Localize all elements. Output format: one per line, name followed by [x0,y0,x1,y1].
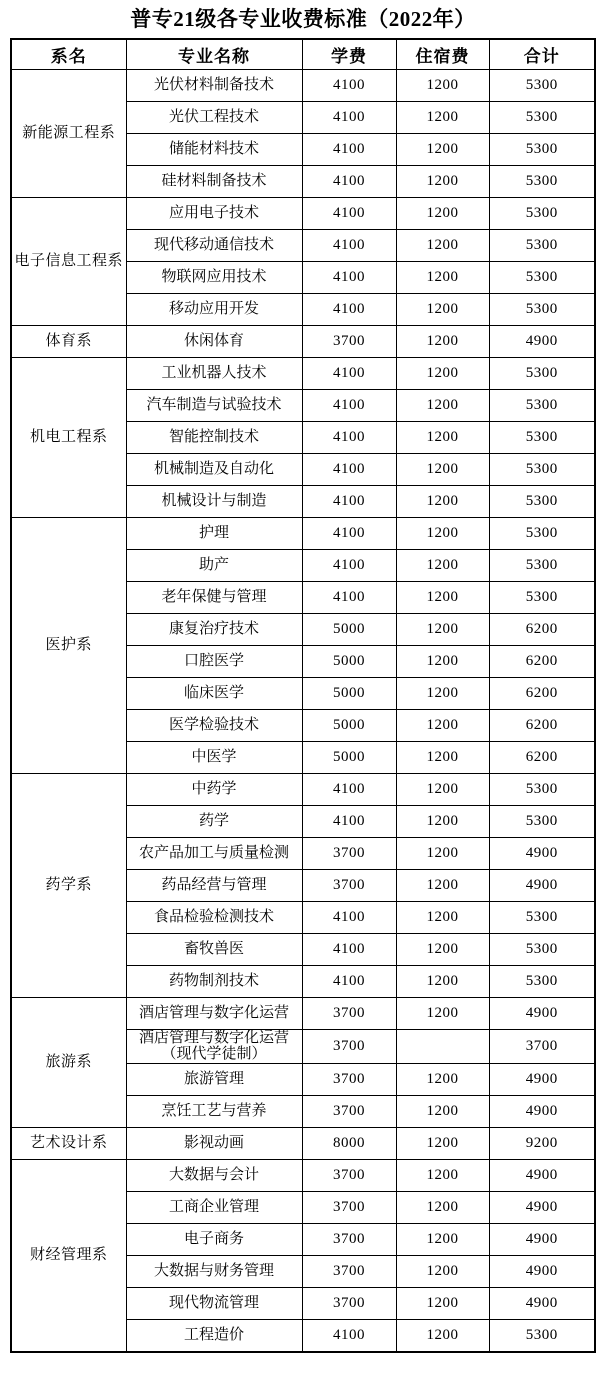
accommodation-cell: 1200 [396,965,489,997]
tuition-cell: 4100 [302,933,396,965]
accommodation-cell: 1200 [396,1224,489,1256]
accommodation-cell: 1200 [396,69,489,101]
tuition-cell: 3700 [302,1160,396,1192]
tuition-cell: 4100 [302,965,396,997]
accommodation-cell: 1200 [396,1320,489,1352]
major-cell: 畜牧兽医 [126,933,302,965]
total-cell: 4900 [489,1192,595,1224]
accommodation-cell: 1200 [396,933,489,965]
major-cell: 工程造价 [126,1320,302,1352]
accommodation-cell [396,1029,489,1064]
total-cell: 4900 [489,837,595,869]
major-cell: 光伏工程技术 [126,101,302,133]
major-cell: 现代移动通信技术 [126,229,302,261]
tuition-cell: 3700 [302,837,396,869]
major-cell: 药学 [126,805,302,837]
header-total: 合计 [489,39,595,69]
total-cell: 5300 [489,773,595,805]
major-cell: 大数据与财务管理 [126,1256,302,1288]
total-cell: 6200 [489,645,595,677]
accommodation-cell: 1200 [396,165,489,197]
major-cell: 康复治疗技术 [126,613,302,645]
tuition-cell: 5000 [302,613,396,645]
total-cell: 4900 [489,1288,595,1320]
total-cell: 5300 [489,101,595,133]
fee-table-body: 新能源工程系光伏材料制备技术410012005300光伏工程技术41001200… [11,69,595,1352]
tuition-cell: 4100 [302,357,396,389]
major-cell: 移动应用开发 [126,293,302,325]
table-row: 艺术设计系影视动画800012009200 [11,1128,595,1160]
accommodation-cell: 1200 [396,101,489,133]
tuition-cell: 4100 [302,261,396,293]
tuition-cell: 4100 [302,229,396,261]
total-cell: 6200 [489,613,595,645]
accommodation-cell: 1200 [396,325,489,357]
major-cell: 中医学 [126,741,302,773]
total-cell: 4900 [489,1096,595,1128]
accommodation-cell: 1200 [396,1096,489,1128]
major-cell: 智能控制技术 [126,421,302,453]
department-cell: 新能源工程系 [11,69,126,197]
tuition-cell: 3700 [302,1192,396,1224]
department-cell: 体育系 [11,325,126,357]
major-cell: 护理 [126,517,302,549]
major-cell: 现代物流管理 [126,1288,302,1320]
accommodation-cell: 1200 [396,1064,489,1096]
fee-table-header: 系名 专业名称 学费 住宿费 合计 [11,39,595,69]
tuition-cell: 4100 [302,901,396,933]
department-cell: 艺术设计系 [11,1128,126,1160]
accommodation-cell: 1200 [396,1256,489,1288]
accommodation-cell: 1200 [396,1192,489,1224]
total-cell: 9200 [489,1128,595,1160]
total-cell: 5300 [489,357,595,389]
header-row: 系名 专业名称 学费 住宿费 合计 [11,39,595,69]
tuition-cell: 4100 [302,197,396,229]
tuition-cell: 4100 [302,517,396,549]
major-cell: 机械设计与制造 [126,485,302,517]
tuition-cell: 4100 [302,581,396,613]
accommodation-cell: 1200 [396,613,489,645]
total-cell: 5300 [489,421,595,453]
total-cell: 5300 [489,901,595,933]
tuition-cell: 4100 [302,453,396,485]
major-cell: 酒店管理与数字化运营（现代学徒制） [126,1029,302,1064]
total-cell: 3700 [489,1029,595,1064]
accommodation-cell: 1200 [396,485,489,517]
tuition-cell: 4100 [302,805,396,837]
accommodation-cell: 1200 [396,261,489,293]
department-cell: 医护系 [11,517,126,773]
total-cell: 5300 [489,965,595,997]
page: 普专21级各专业收费标准（2022年） 系名 专业名称 学费 住宿费 合计 新能… [0,0,606,1396]
tuition-cell: 4100 [302,165,396,197]
total-cell: 4900 [489,325,595,357]
tuition-cell: 3700 [302,1224,396,1256]
tuition-cell: 3700 [302,1096,396,1128]
accommodation-cell: 1200 [396,645,489,677]
major-cell: 食品检验检测技术 [126,901,302,933]
major-cell: 应用电子技术 [126,197,302,229]
table-row: 体育系休闲体育370012004900 [11,325,595,357]
table-row: 财经管理系大数据与会计370012004900 [11,1160,595,1192]
accommodation-cell: 1200 [396,197,489,229]
accommodation-cell: 1200 [396,357,489,389]
accommodation-cell: 1200 [396,805,489,837]
tuition-cell: 4100 [302,133,396,165]
total-cell: 5300 [489,933,595,965]
total-cell: 4900 [489,869,595,901]
total-cell: 5300 [489,197,595,229]
accommodation-cell: 1200 [396,453,489,485]
total-cell: 4900 [489,1160,595,1192]
tuition-cell: 4100 [302,773,396,805]
header-department: 系名 [11,39,126,69]
accommodation-cell: 1200 [396,581,489,613]
table-row: 医护系护理410012005300 [11,517,595,549]
major-cell: 中药学 [126,773,302,805]
total-cell: 6200 [489,677,595,709]
accommodation-cell: 1200 [396,709,489,741]
tuition-cell: 3700 [302,1288,396,1320]
tuition-cell: 5000 [302,741,396,773]
total-cell: 5300 [489,261,595,293]
total-cell: 5300 [489,165,595,197]
tuition-cell: 3700 [302,1064,396,1096]
accommodation-cell: 1200 [396,229,489,261]
major-cell: 汽车制造与试验技术 [126,389,302,421]
major-cell: 旅游管理 [126,1064,302,1096]
tuition-cell: 5000 [302,709,396,741]
total-cell: 5300 [489,1320,595,1352]
tuition-cell: 3700 [302,869,396,901]
accommodation-cell: 1200 [396,549,489,581]
accommodation-cell: 1200 [396,389,489,421]
tuition-cell: 5000 [302,645,396,677]
header-tuition: 学费 [302,39,396,69]
accommodation-cell: 1200 [396,677,489,709]
major-cell: 临床医学 [126,677,302,709]
accommodation-cell: 1200 [396,773,489,805]
total-cell: 4900 [489,1064,595,1096]
page-title: 普专21级各专业收费标准（2022年） [0,8,606,31]
tuition-cell: 4100 [302,389,396,421]
total-cell: 4900 [489,1256,595,1288]
total-cell: 4900 [489,997,595,1029]
accommodation-cell: 1200 [396,837,489,869]
header-accommodation: 住宿费 [396,39,489,69]
accommodation-cell: 1200 [396,421,489,453]
tuition-cell: 4100 [302,421,396,453]
total-cell: 5300 [489,581,595,613]
header-major: 专业名称 [126,39,302,69]
accommodation-cell: 1200 [396,293,489,325]
total-cell: 5300 [489,549,595,581]
tuition-cell: 3700 [302,1029,396,1064]
major-cell: 电子商务 [126,1224,302,1256]
tuition-cell: 4100 [302,485,396,517]
total-cell: 5300 [489,485,595,517]
major-cell: 机械制造及自动化 [126,453,302,485]
major-cell: 工商企业管理 [126,1192,302,1224]
tuition-cell: 3700 [302,325,396,357]
accommodation-cell: 1200 [396,997,489,1029]
total-cell: 6200 [489,741,595,773]
major-cell: 助产 [126,549,302,581]
major-cell: 工业机器人技术 [126,357,302,389]
total-cell: 5300 [489,389,595,421]
total-cell: 6200 [489,709,595,741]
tuition-cell: 4100 [302,549,396,581]
accommodation-cell: 1200 [396,741,489,773]
tuition-cell: 4100 [302,69,396,101]
fee-table: 系名 专业名称 学费 住宿费 合计 新能源工程系光伏材料制备技术41001200… [10,38,596,1353]
accommodation-cell: 1200 [396,517,489,549]
tuition-cell: 8000 [302,1128,396,1160]
major-cell: 医学检验技术 [126,709,302,741]
major-cell: 影视动画 [126,1128,302,1160]
accommodation-cell: 1200 [396,1288,489,1320]
major-cell: 烹饪工艺与营养 [126,1096,302,1128]
total-cell: 4900 [489,1224,595,1256]
major-cell: 农产品加工与质量检测 [126,837,302,869]
total-cell: 5300 [489,805,595,837]
tuition-cell: 5000 [302,677,396,709]
major-cell: 光伏材料制备技术 [126,69,302,101]
major-cell: 物联网应用技术 [126,261,302,293]
table-row: 电子信息工程系应用电子技术410012005300 [11,197,595,229]
total-cell: 5300 [489,293,595,325]
accommodation-cell: 1200 [396,1160,489,1192]
accommodation-cell: 1200 [396,1128,489,1160]
major-cell: 储能材料技术 [126,133,302,165]
total-cell: 5300 [489,133,595,165]
department-cell: 财经管理系 [11,1160,126,1352]
department-cell: 机电工程系 [11,357,126,517]
major-cell: 药物制剂技术 [126,965,302,997]
major-cell: 口腔医学 [126,645,302,677]
tuition-cell: 3700 [302,997,396,1029]
table-row: 药学系中药学410012005300 [11,773,595,805]
tuition-cell: 4100 [302,1320,396,1352]
department-cell: 旅游系 [11,997,126,1128]
table-row: 新能源工程系光伏材料制备技术410012005300 [11,69,595,101]
table-row: 旅游系酒店管理与数字化运营370012004900 [11,997,595,1029]
tuition-cell: 4100 [302,101,396,133]
accommodation-cell: 1200 [396,901,489,933]
total-cell: 5300 [489,453,595,485]
major-cell: 药品经营与管理 [126,869,302,901]
major-cell: 休闲体育 [126,325,302,357]
tuition-cell: 4100 [302,293,396,325]
total-cell: 5300 [489,517,595,549]
major-cell: 老年保健与管理 [126,581,302,613]
accommodation-cell: 1200 [396,133,489,165]
tuition-cell: 3700 [302,1256,396,1288]
major-cell: 硅材料制备技术 [126,165,302,197]
table-row: 机电工程系工业机器人技术410012005300 [11,357,595,389]
major-cell: 大数据与会计 [126,1160,302,1192]
department-cell: 电子信息工程系 [11,197,126,325]
department-cell: 药学系 [11,773,126,997]
total-cell: 5300 [489,69,595,101]
total-cell: 5300 [489,229,595,261]
major-cell: 酒店管理与数字化运营 [126,997,302,1029]
accommodation-cell: 1200 [396,869,489,901]
